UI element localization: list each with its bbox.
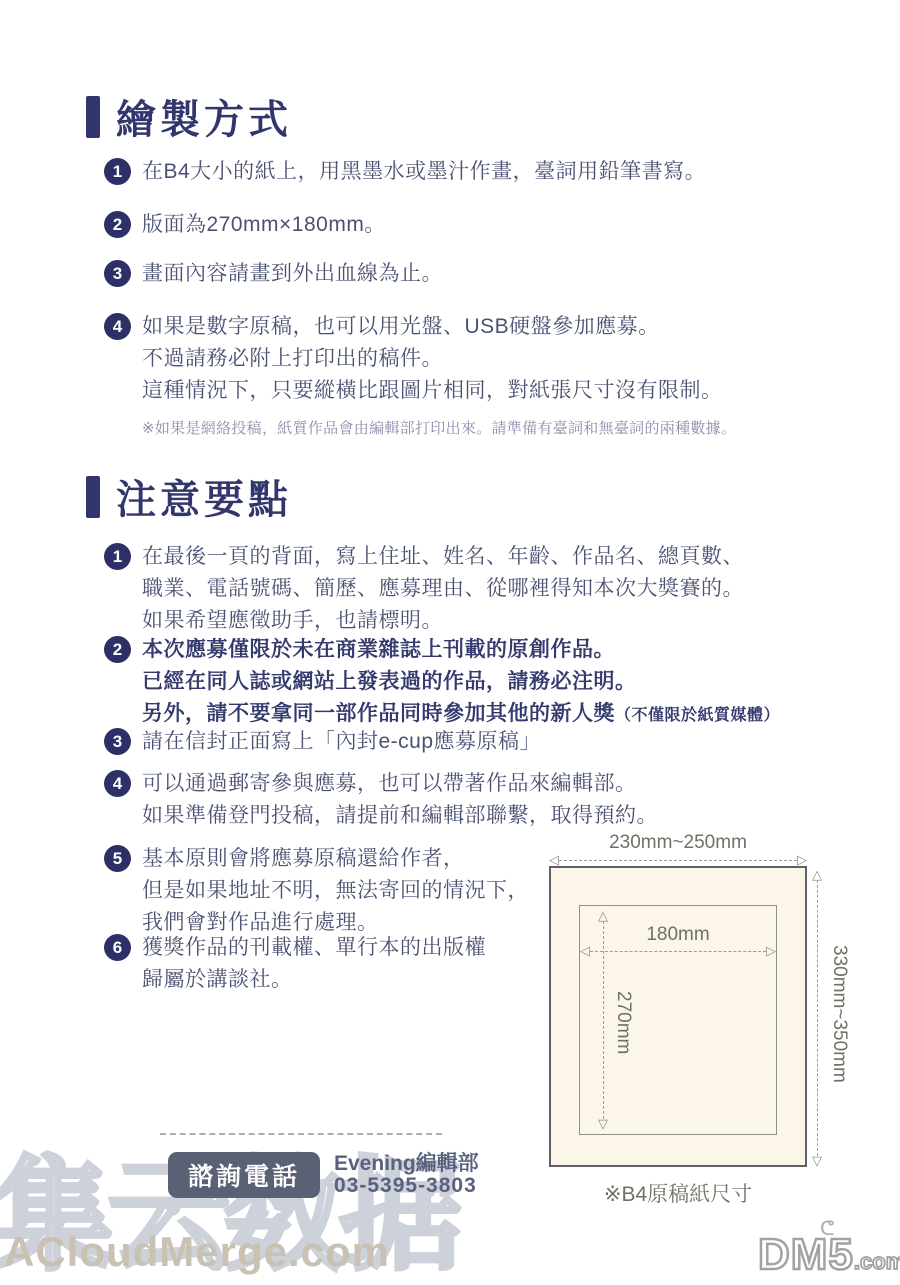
- item-text: 基本原則會將應募原稿還給作者，: [142, 843, 529, 875]
- diagram-caption: ※B4原稿紙尺寸: [549, 1178, 807, 1208]
- list-item: 5 基本原則會將應募原稿還給作者， 但是如果地址不明，無法寄回的情況下， 我們會…: [104, 843, 529, 939]
- item-text: 如果希望應徵助手，也請標明。: [142, 605, 744, 637]
- item-text: 職業、電話號碼、簡歷、應募理由、從哪裡得知本次大獎賽的。: [142, 573, 744, 605]
- height-dimension-label: 330mm~350mm: [828, 945, 850, 1083]
- item-number-badge: 3: [104, 728, 131, 755]
- list-item: 4 如果是數字原稿，也可以用光盤、USB硬盤參加應募。 不過請務必附上打印出的稿…: [104, 311, 736, 445]
- list-item: 4 可以通過郵寄參與應募，也可以帶著作品來編輯部。 如果準備登門投稿，請提前和編…: [104, 768, 658, 832]
- contact-phone-number[interactable]: 03-5395-3803: [334, 1174, 477, 1198]
- paper-height-dim: △ ▽: [812, 870, 822, 1166]
- dimension-line: [590, 951, 766, 952]
- item-number-badge: 4: [104, 770, 131, 797]
- section-title: 繪製方式: [116, 88, 292, 145]
- dimension-line: [817, 880, 818, 1156]
- item-number-badge: 6: [104, 934, 131, 961]
- item-number-badge: 3: [104, 260, 131, 287]
- arrow-left-icon: ◁: [549, 855, 559, 865]
- dm5-logo-suffix: .com: [854, 1249, 900, 1275]
- item-number-badge: 4: [104, 313, 131, 340]
- inner-height-label: 270mm: [612, 991, 634, 1054]
- item-number-badge: 2: [104, 211, 131, 238]
- document-page: 集云数据 繪製方式 1 在B4大小的紙上，用黑墨水或墨汁作畫，臺詞用鉛筆書寫。 …: [0, 0, 900, 1285]
- list-item: 6 獲獎作品的刊載權、單行本的出版權 歸屬於講談社。: [104, 932, 486, 996]
- list-item: 3 畫面內容請畫到外出血線為止。: [104, 258, 443, 290]
- item-number-badge: 1: [104, 543, 131, 570]
- paper-inner-rectangle: 180mm ◁ ▷ △ ▽ 270mm: [579, 905, 777, 1135]
- watermark-url: ACloudMerge.com: [4, 1228, 390, 1276]
- item-text: 獲獎作品的刊載權、單行本的出版權: [142, 932, 486, 964]
- paper-size-diagram-width-dim: 230mm~250mm ◁ ▷: [549, 832, 807, 865]
- item-text: 在最後一頁的背面，寫上住址、姓名、年齡、作品名、總頁數、: [142, 541, 744, 573]
- width-dimension-label: 230mm~250mm: [549, 832, 807, 854]
- list-item: 1 在B4大小的紙上，用黑墨水或墨汁作畫，臺詞用鉛筆書寫。: [104, 156, 706, 188]
- item-text: 畫面內容請畫到外出血線為止。: [142, 258, 443, 290]
- section-heading-drawing-method: 繪製方式: [86, 88, 292, 145]
- inner-width-dim: ◁ ▷: [580, 946, 776, 956]
- arrow-left-icon: ◁: [580, 946, 590, 956]
- contact-department: Evening編輯部: [334, 1147, 479, 1177]
- item-text: 但是如果地址不明，無法寄回的情況下，: [142, 875, 529, 907]
- dm5-logo-text: DM5: [758, 1230, 854, 1280]
- list-item: 2 本次應募僅限於未在商業雜誌上刊載的原創作品。 已經在同人誌或網站上發表過的作…: [104, 634, 780, 732]
- list-item: 3 請在信封正面寫上「內封e-cup應募原稿」: [104, 726, 541, 758]
- item-footnote: ※如果是網絡投稿，紙質作品會由編輯部打印出來。請準備有臺詞和無臺詞的兩種數據。: [142, 413, 736, 445]
- contact-divider: [160, 1133, 442, 1135]
- item-text: 本次應募僅限於未在商業雜誌上刊載的原創作品。: [142, 634, 780, 666]
- arrow-up-icon: △: [812, 870, 822, 880]
- list-item: 1 在最後一頁的背面，寫上住址、姓名、年齡、作品名、總頁數、 職業、電話號碼、簡…: [104, 541, 744, 637]
- item-text: 可以通過郵寄參與應募，也可以帶著作品來編輯部。: [142, 768, 658, 800]
- item-text: 請在信封正面寫上「內封e-cup應募原稿」: [142, 726, 541, 758]
- item-text: 不過請務必附上打印出的稿件。: [142, 343, 736, 375]
- item-text: 歸屬於講談社。: [142, 964, 486, 996]
- item-text: 版面為270mm×180mm。: [142, 209, 386, 241]
- item-text: 已經在同人誌或網站上發表過的作品，請務必注明。: [142, 666, 780, 698]
- item-number-badge: 1: [104, 158, 131, 185]
- heading-bar: [86, 476, 100, 518]
- arrow-down-icon: ▽: [812, 1156, 822, 1166]
- heading-bar: [86, 96, 100, 138]
- dm5-logo: DM5.com: [758, 1230, 900, 1280]
- arrow-right-icon: ▷: [797, 855, 807, 865]
- item-text-suffix: （不僅限於紙質媒體）: [615, 707, 780, 724]
- dimension-line: [603, 921, 604, 1119]
- item-text: 這種情況下，只要縱橫比跟圖片相同，對紙張尺寸沒有限制。: [142, 375, 736, 407]
- arrow-right-icon: ▷: [766, 946, 776, 956]
- arrow-down-icon: ▽: [598, 1119, 608, 1129]
- item-text: 在B4大小的紙上，用黑墨水或墨汁作畫，臺詞用鉛筆書寫。: [142, 156, 706, 188]
- item-text: 如果是數字原稿，也可以用光盤、USB硬盤參加應募。: [142, 311, 736, 343]
- item-number-badge: 2: [104, 636, 131, 663]
- inner-height-dim: △ ▽: [598, 911, 608, 1129]
- contact-badge: 諮詢電話: [168, 1152, 320, 1198]
- item-text: 如果準備登門投稿，請提前和編輯部聯繫，取得預約。: [142, 800, 658, 832]
- arrow-up-icon: △: [598, 911, 608, 921]
- paper-outer-rectangle: 180mm ◁ ▷ △ ▽ 270mm: [549, 866, 807, 1167]
- dimension-line: [559, 860, 797, 861]
- section-title: 注意要點: [116, 468, 292, 525]
- item-number-badge: 5: [104, 845, 131, 872]
- section-heading-important-points: 注意要點: [86, 468, 292, 525]
- inner-width-label: 180mm: [580, 924, 776, 946]
- list-item: 2 版面為270mm×180mm。: [104, 209, 386, 241]
